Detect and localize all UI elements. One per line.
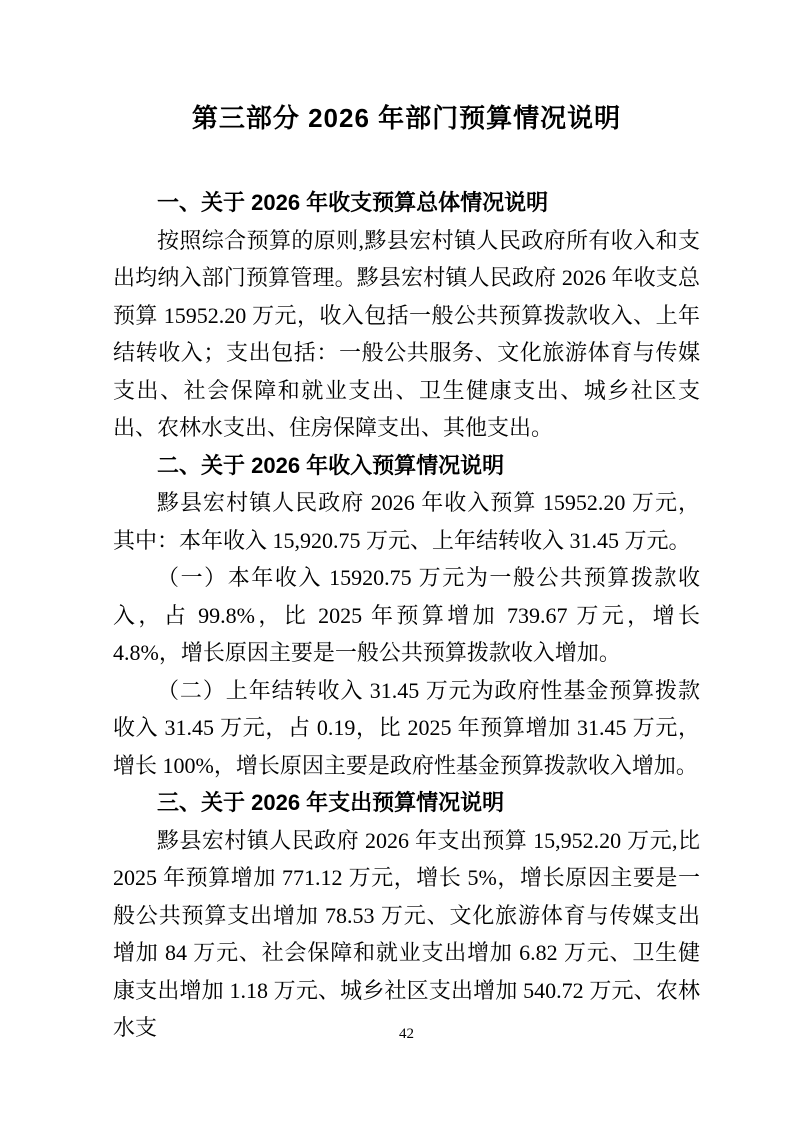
paragraph: 按照综合预算的原则,黟县宏村镇人民政府所有收入和支出均纳入部门预算管理。黟县宏村…	[113, 222, 700, 447]
paragraph: （二）上年结转收入 31.45 万元为政府性基金预算拨款收入 31.45 万元，…	[113, 672, 700, 785]
document-content: 第三部分 2026 年部门预算情况说明 一、关于 2026 年收支预算总体情况说…	[113, 96, 700, 1047]
section-heading: 三、关于 2026 年支出预算情况说明	[113, 784, 700, 822]
document-page: 第三部分 2026 年部门预算情况说明 一、关于 2026 年收支预算总体情况说…	[0, 0, 793, 1122]
paragraph: （一）本年收入 15920.75 万元为一般公共预算拨款收入，占 99.8%，比…	[113, 559, 700, 672]
paragraph: 黟县宏村镇人民政府 2026 年支出预算 15,952.20 万元,比 2025…	[113, 822, 700, 1047]
document-section: 一、关于 2026 年收支预算总体情况说明 按照综合预算的原则,黟县宏村镇人民政…	[113, 184, 700, 447]
document-section: 三、关于 2026 年支出预算情况说明 黟县宏村镇人民政府 2026 年支出预算…	[113, 784, 700, 1047]
section-heading: 二、关于 2026 年收入预算情况说明	[113, 447, 700, 485]
document-title: 第三部分 2026 年部门预算情况说明	[113, 96, 700, 140]
section-heading: 一、关于 2026 年收支预算总体情况说明	[113, 184, 700, 222]
sections-container: 一、关于 2026 年收支预算总体情况说明 按照综合预算的原则,黟县宏村镇人民政…	[113, 184, 700, 1047]
document-section: 二、关于 2026 年收入预算情况说明 黟县宏村镇人民政府 2026 年收入预算…	[113, 447, 700, 785]
page-number: 42	[113, 1024, 700, 1044]
paragraph: 黟县宏村镇人民政府 2026 年收入预算 15952.20 万元，其中：本年收入…	[113, 484, 700, 559]
